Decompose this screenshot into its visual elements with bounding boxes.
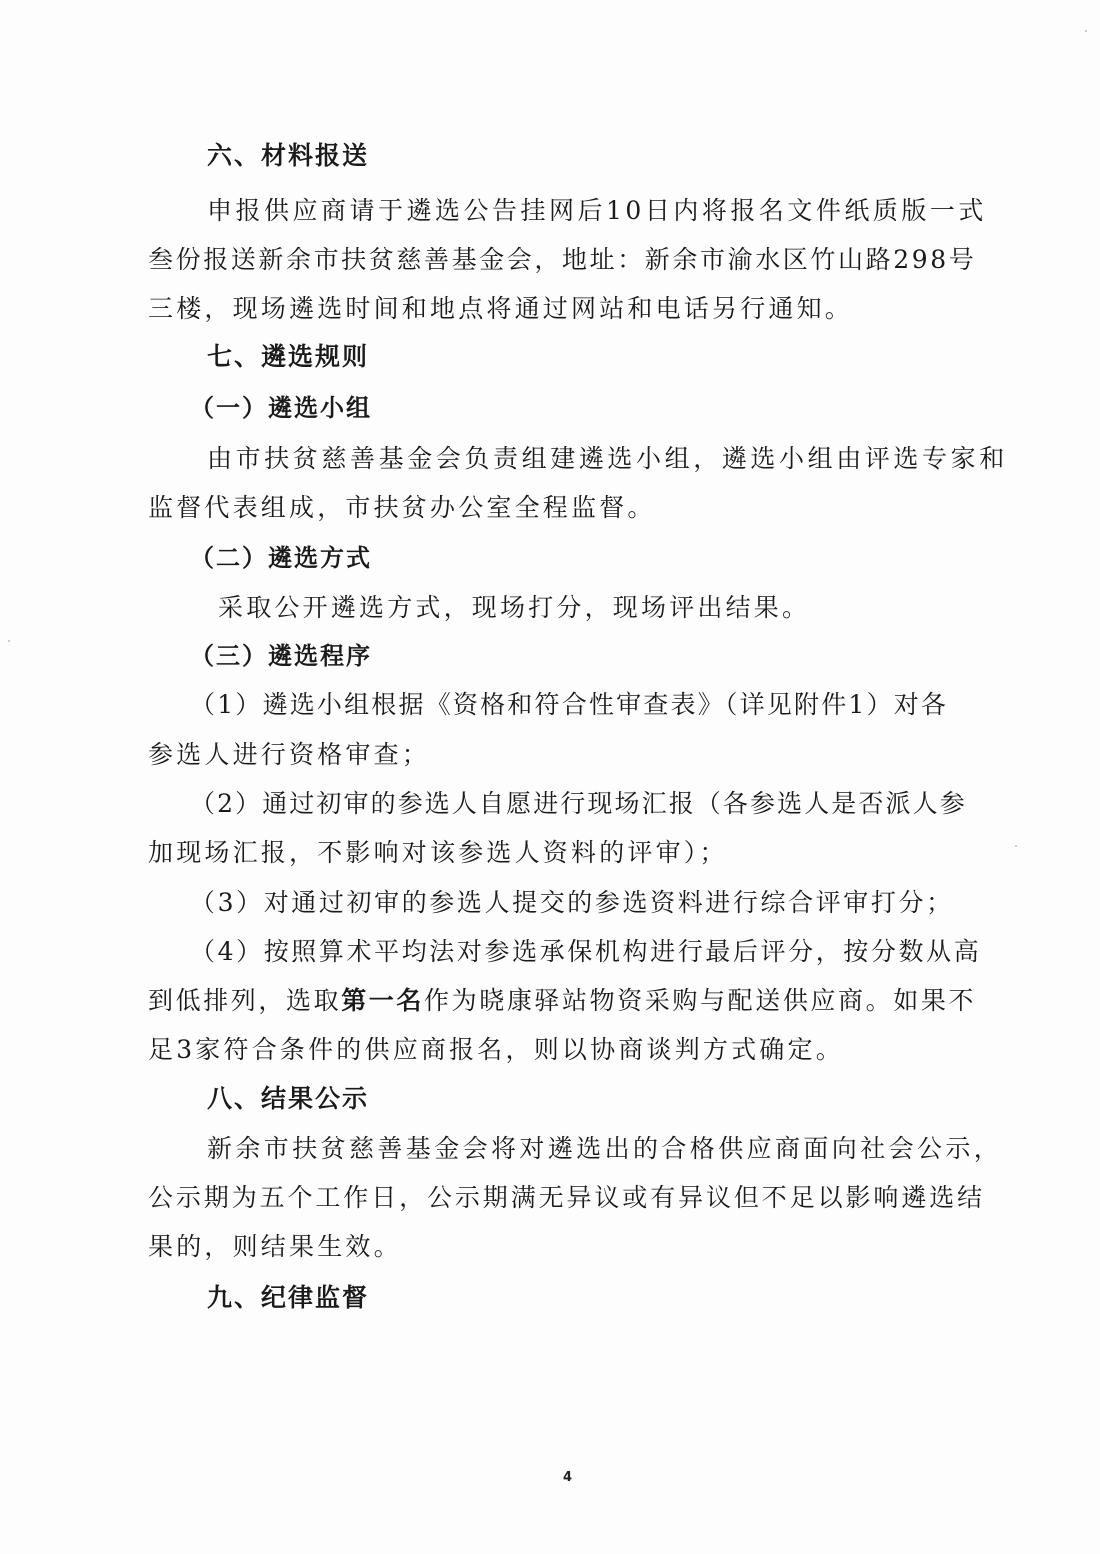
scan-artifact	[1015, 845, 1017, 847]
paragraph-line-with-emphasis: 到低排列，选取第一名作为晓康驿站物资采购与配送供应商。如果不	[148, 986, 976, 1016]
paragraph-line: 参选人进行资格审查；	[148, 740, 430, 770]
emphasis-first-place: 第一名	[341, 986, 424, 1015]
paragraph-line: 叁份报送新余市扶贫慈善基金会，地址：新余市渝水区竹山路298号	[148, 245, 976, 275]
text-segment: 作为晓康驿站物资采购与配送供应商。如果不	[424, 986, 976, 1015]
paragraph-line: 监督代表组成，市扶贫办公室全程监督。	[148, 493, 656, 523]
paragraph-line: （4）按照算术平均法对参选承保机构进行最后评分，按分数从高	[190, 937, 981, 967]
subsection-heading-3: （三）遴选程序	[190, 641, 372, 671]
scan-artifact	[8, 640, 10, 642]
paragraph-line: 新余市扶贫慈善基金会将对遴选出的合格供应商面向社会公示，	[207, 1134, 1002, 1164]
paragraph-line: （2）通过初审的参选人自愿进行现场汇报（各参选人是否派人参	[190, 789, 967, 819]
paragraph-line: 足3家符合条件的供应商报名，则以协商谈判方式确定。	[148, 1035, 844, 1065]
paragraph-line: 由市扶贫慈善基金会负责组建遴选小组，遴选小组由评选专家和	[207, 444, 1008, 474]
paragraph-line: 采取公开遴选方式，现场打分，现场评出结果。	[218, 593, 810, 623]
paragraph-line: （3）对通过初审的参选人提交的参选资料进行综合评审打分；	[190, 888, 954, 918]
section-heading-6: 六、材料报送	[207, 141, 369, 171]
section-heading-9: 九、纪律监督	[207, 1283, 369, 1313]
paragraph-line: 公示期为五个工作日，公示期满无异议或有异议但不足以影响遴选结	[148, 1183, 985, 1213]
paragraph-line: （1）遴选小组根据《资格和符合性审查表》（详见附件1）对各	[190, 690, 948, 720]
text-segment: 到低排列，选取	[148, 986, 341, 1015]
paragraph-line: 果的，则结果生效。	[148, 1232, 402, 1262]
paragraph-line: 加现场汇报，不影响对该参选人资料的评审）；	[148, 838, 728, 868]
subsection-heading-2: （二）遴选方式	[190, 543, 372, 573]
scan-artifact	[1085, 30, 1087, 32]
page-number: 4	[563, 1470, 572, 1485]
section-heading-7: 七、遴选规则	[207, 342, 369, 372]
section-heading-8: 八、结果公示	[207, 1084, 369, 1114]
paragraph-line: 三楼，现场遴选时间和地点将通过网站和电话另行通知。	[148, 294, 853, 324]
subsection-heading-1: （一）遴选小组	[190, 393, 372, 423]
document-page: 六、材料报送 申报供应商请于遴选公告挂网后10日内将报名文件纸质版一式 叁份报送…	[0, 0, 1100, 1554]
paragraph-line: 申报供应商请于遴选公告挂网后10日内将报名文件纸质版一式	[207, 196, 987, 226]
